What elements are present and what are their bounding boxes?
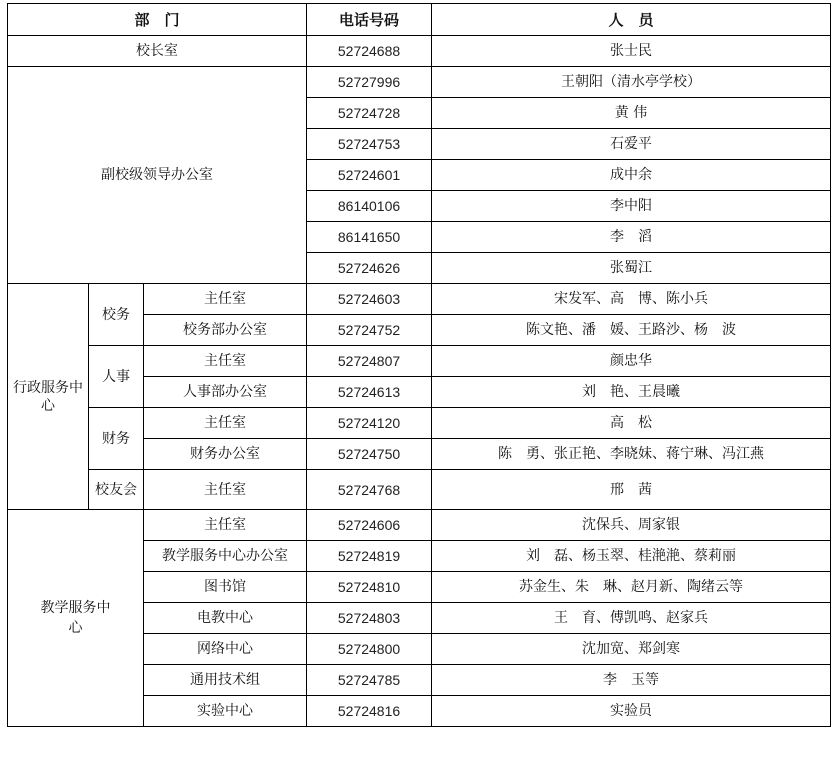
phone-cell: 52724800 — [307, 634, 432, 665]
header-department: 部 门 — [8, 4, 307, 36]
staff-cell: 颜忠华 — [432, 346, 831, 377]
group-cell: 校友会 — [89, 470, 144, 510]
staff-cell: 陈 勇、张正艳、李晓妹、蒋宁琳、冯江燕 — [432, 439, 831, 470]
phone-cell: 52724819 — [307, 541, 432, 572]
staff-cell: 王朝阳（清水亭学校） — [432, 67, 831, 98]
table-row: 教学服务中心 主任室 52724606 沈保兵、周家银 — [8, 510, 831, 541]
table-row: 人事 主任室 52724807 颜忠华 — [8, 346, 831, 377]
office-cell: 人事部办公室 — [144, 377, 307, 408]
office-cell: 网络中心 — [144, 634, 307, 665]
group-cell: 校务 — [89, 284, 144, 346]
staff-cell: 沈保兵、周家银 — [432, 510, 831, 541]
staff-cell: 高 松 — [432, 408, 831, 439]
phone-cell: 52724728 — [307, 98, 432, 129]
table-row: 校友会 主任室 52724768 邢 茜 — [8, 470, 831, 510]
office-cell: 电教中心 — [144, 603, 307, 634]
office-cell: 主任室 — [144, 408, 307, 439]
group-cell: 人事 — [89, 346, 144, 408]
staff-cell: 王 育、傅凯鸣、赵家兵 — [432, 603, 831, 634]
staff-cell: 宋发军、高 博、陈小兵 — [432, 284, 831, 315]
office-cell: 财务办公室 — [144, 439, 307, 470]
office-cell: 教学服务中心办公室 — [144, 541, 307, 572]
office-cell: 通用技术组 — [144, 665, 307, 696]
office-cell: 图书馆 — [144, 572, 307, 603]
header-phone: 电话号码 — [307, 4, 432, 36]
phone-cell: 52724768 — [307, 470, 432, 510]
table-row: 行政服务中心 校务 主任室 52724603 宋发军、高 博、陈小兵 — [8, 284, 831, 315]
office-cell: 主任室 — [144, 284, 307, 315]
phone-directory-table: 部 门 电话号码 人 员 校长室 52724688 张士民 副校级领导办公室 5… — [7, 3, 831, 727]
phone-cell: 52724752 — [307, 315, 432, 346]
phone-cell: 52724601 — [307, 160, 432, 191]
staff-cell: 李中阳 — [432, 191, 831, 222]
office-cell: 主任室 — [144, 510, 307, 541]
department-cell: 行政服务中心 — [8, 284, 89, 510]
phone-cell: 52724785 — [307, 665, 432, 696]
staff-cell: 苏金生、朱 琳、赵月新、陶绪云等 — [432, 572, 831, 603]
department-cell: 校长室 — [8, 36, 307, 67]
phone-cell: 86140106 — [307, 191, 432, 222]
table-row: 校长室 52724688 张士民 — [8, 36, 831, 67]
phone-cell: 52724603 — [307, 284, 432, 315]
phone-cell: 52724120 — [307, 408, 432, 439]
office-cell: 主任室 — [144, 346, 307, 377]
staff-cell: 邢 茜 — [432, 470, 831, 510]
header-row: 部 门 电话号码 人 员 — [8, 4, 831, 36]
phone-cell: 52724613 — [307, 377, 432, 408]
office-cell: 实验中心 — [144, 696, 307, 727]
phone-cell: 52724626 — [307, 253, 432, 284]
department-cell: 副校级领导办公室 — [8, 67, 307, 284]
staff-cell: 陈文艳、潘 媛、王路沙、杨 波 — [432, 315, 831, 346]
phone-cell: 86141650 — [307, 222, 432, 253]
phone-cell: 52724688 — [307, 36, 432, 67]
department-cell: 教学服务中心 — [8, 510, 144, 727]
staff-cell: 石爱平 — [432, 129, 831, 160]
office-cell: 主任室 — [144, 470, 307, 510]
staff-cell: 李 玉等 — [432, 665, 831, 696]
table-row: 副校级领导办公室 52727996 王朝阳（清水亭学校） — [8, 67, 831, 98]
phone-cell: 52724807 — [307, 346, 432, 377]
staff-cell: 张士民 — [432, 36, 831, 67]
staff-cell: 成中余 — [432, 160, 831, 191]
staff-cell: 实验员 — [432, 696, 831, 727]
group-cell: 财务 — [89, 408, 144, 470]
header-staff: 人 员 — [432, 4, 831, 36]
phone-cell: 52724750 — [307, 439, 432, 470]
phone-cell: 52724803 — [307, 603, 432, 634]
staff-cell: 刘 艳、王晨曦 — [432, 377, 831, 408]
office-cell: 校务部办公室 — [144, 315, 307, 346]
staff-cell: 黄 伟 — [432, 98, 831, 129]
staff-cell: 张蜀江 — [432, 253, 831, 284]
phone-cell: 52724816 — [307, 696, 432, 727]
staff-cell: 沈加宽、郑剑寒 — [432, 634, 831, 665]
table-row: 财务 主任室 52724120 高 松 — [8, 408, 831, 439]
phone-cell: 52724810 — [307, 572, 432, 603]
phone-cell: 52727996 — [307, 67, 432, 98]
phone-cell: 52724753 — [307, 129, 432, 160]
staff-cell: 刘 磊、杨玉翠、桂滟滟、蔡莉丽 — [432, 541, 831, 572]
phone-cell: 52724606 — [307, 510, 432, 541]
staff-cell: 李 滔 — [432, 222, 831, 253]
